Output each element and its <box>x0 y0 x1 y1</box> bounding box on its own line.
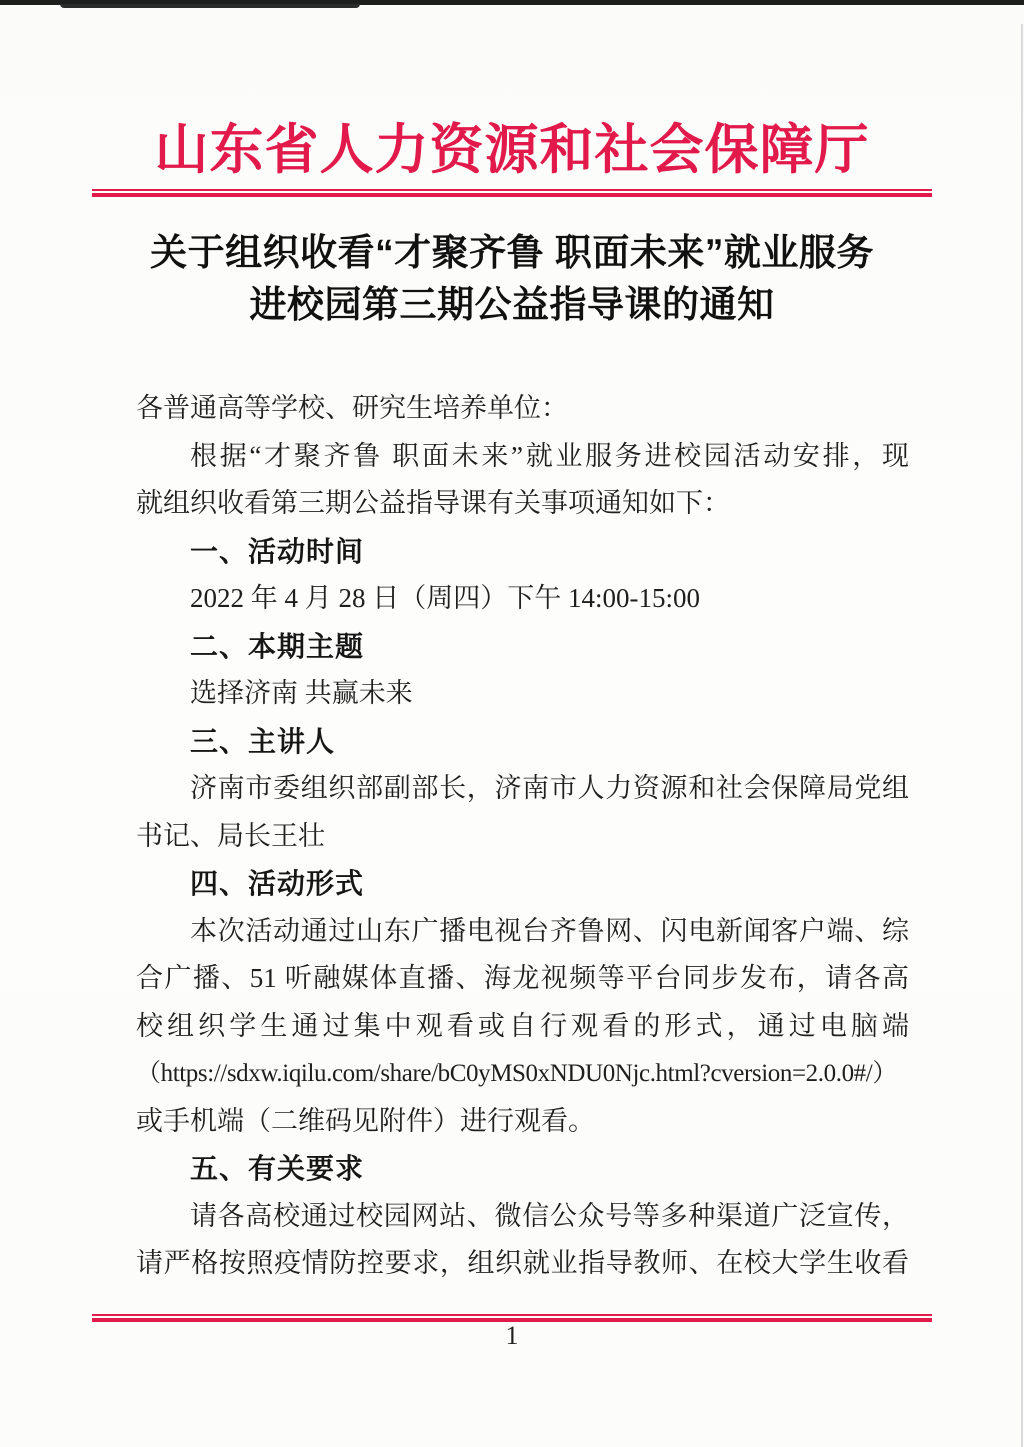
document-body: 各普通高等学校、研究生培养单位：根据“才聚齐鲁 职面未来”就业服务进校园活动安排… <box>136 385 909 1288</box>
section-heading: 五、有关要求 <box>136 1145 909 1193</box>
scan-artifact-right-edge <box>1021 24 1023 1447</box>
section-heading: 三、主讲人 <box>136 718 909 766</box>
issuing-organization-title: 山东省人力资源和社会保障厅 <box>0 0 1024 178</box>
document-line: 就组织收看第三期公益指导课有关事项通知如下： <box>136 480 909 528</box>
document-title-line1: 关于组织收看“才聚齐鲁 职面未来”就业服务 <box>0 227 1024 279</box>
page-number: 1 <box>0 1321 1024 1351</box>
document-line: 请各高校通过校园网站、微信公众号等多种渠道广泛宣传， <box>136 1193 909 1241</box>
section-heading: 四、活动形式 <box>136 860 909 908</box>
watch-url-text: （https://sdxw.iqilu.com/share/bC0yMS0xND… <box>136 1050 909 1098</box>
footer-red-rule <box>92 1314 932 1318</box>
document-line: 济南市委组织部副部长，济南市人力资源和社会保障局党组 <box>136 765 909 813</box>
document-line: 选择济南 共赢未来 <box>136 670 909 718</box>
document-line: 或手机端（二维码见附件）进行观看。 <box>136 1098 909 1146</box>
document-line: 各普通高等学校、研究生培养单位： <box>136 385 909 433</box>
scan-artifact-top-edge <box>0 0 1024 5</box>
scanned-document-page: 山东省人力资源和社会保障厅 关于组织收看“才聚齐鲁 职面未来”就业服务 进校园第… <box>0 0 1024 1447</box>
document-title-line2: 进校园第三期公益指导课的通知 <box>0 279 1024 331</box>
document-line: 请严格按照疫情防控要求，组织就业指导教师、在校大学生收看 <box>136 1240 909 1288</box>
document-line: 根据“才聚齐鲁 职面未来”就业服务进校园活动安排，现 <box>136 433 909 481</box>
document-title: 关于组织收看“才聚齐鲁 职面未来”就业服务 进校园第三期公益指导课的通知 <box>0 227 1024 331</box>
document-line: 合广播、51 听融媒体直播、海龙视频等平台同步发布，请各高 <box>136 955 909 1003</box>
section-heading: 一、活动时间 <box>136 528 909 576</box>
document-line: 2022 年 4 月 28 日（周四）下午 14:00-15:00 <box>136 575 909 623</box>
document-line: 本次活动通过山东广播电视台齐鲁网、闪电新闻客户端、综 <box>136 908 909 956</box>
header-red-rule <box>92 189 932 193</box>
section-heading: 二、本期主题 <box>136 623 909 671</box>
document-line: 校组织学生通过集中观看或自行观看的形式，通过电脑端 <box>136 1003 909 1051</box>
document-line: 书记、局长王壮 <box>136 813 909 861</box>
